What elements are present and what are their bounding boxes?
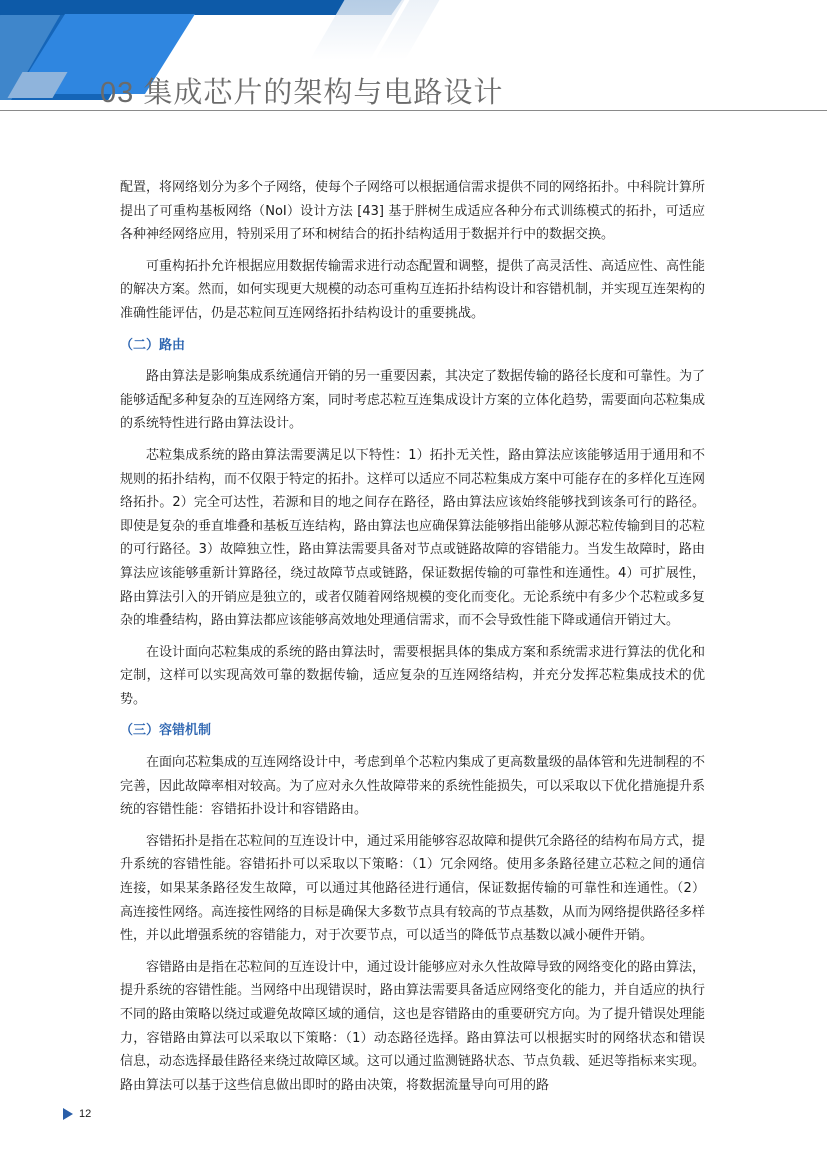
paragraph: 容错路由是指在芯粒间的互连设计中，通过设计能够应对永久性故障导致的网络变化的路由… (120, 956, 705, 1098)
paragraph: 配置，将网络划分为多个子网络，使每个子网络可以根据通信需求提供不同的网络拓扑。中… (120, 176, 705, 247)
page-footer: 12 (63, 1108, 91, 1120)
header-divider (0, 110, 827, 111)
page-number: 12 (79, 1108, 91, 1120)
document-body: 配置，将网络划分为多个子网络，使每个子网络可以根据通信需求提供不同的网络拓扑。中… (120, 176, 705, 1105)
section-heading-fault-tolerance: （三）容错机制 (120, 719, 705, 743)
paragraph: 芯粒集成系统的路由算法需要满足以下特性：1）拓扑无关性，路由算法应该能够适用于通… (120, 444, 705, 633)
paragraph: 在面向芯粒集成的互连网络设计中，考虑到单个芯粒内集成了更高数量级的晶体管和先进制… (120, 751, 705, 822)
paragraph: 路由算法是影响集成系统通信开销的另一重要因素，其决定了数据传输的路径长度和可靠性… (120, 365, 705, 436)
chapter-title: 03 集成芯片的架构与电路设计 (100, 70, 503, 111)
triangle-right-icon (63, 1108, 73, 1120)
paragraph: 可重构拓扑允许根据应用数据传输需求进行动态配置和调整，提供了高灵活性、高适应性、… (120, 255, 705, 326)
paragraph: 在设计面向芯粒集成的系统的路由算法时，需要根据具体的集成方案和系统需求进行算法的… (120, 641, 705, 712)
paragraph: 容错拓扑是指在芯粒间的互连设计中，通过采用能够容忍故障和提供冗余路径的结构布局方… (120, 830, 705, 948)
section-heading-routing: （二）路由 (120, 334, 705, 358)
